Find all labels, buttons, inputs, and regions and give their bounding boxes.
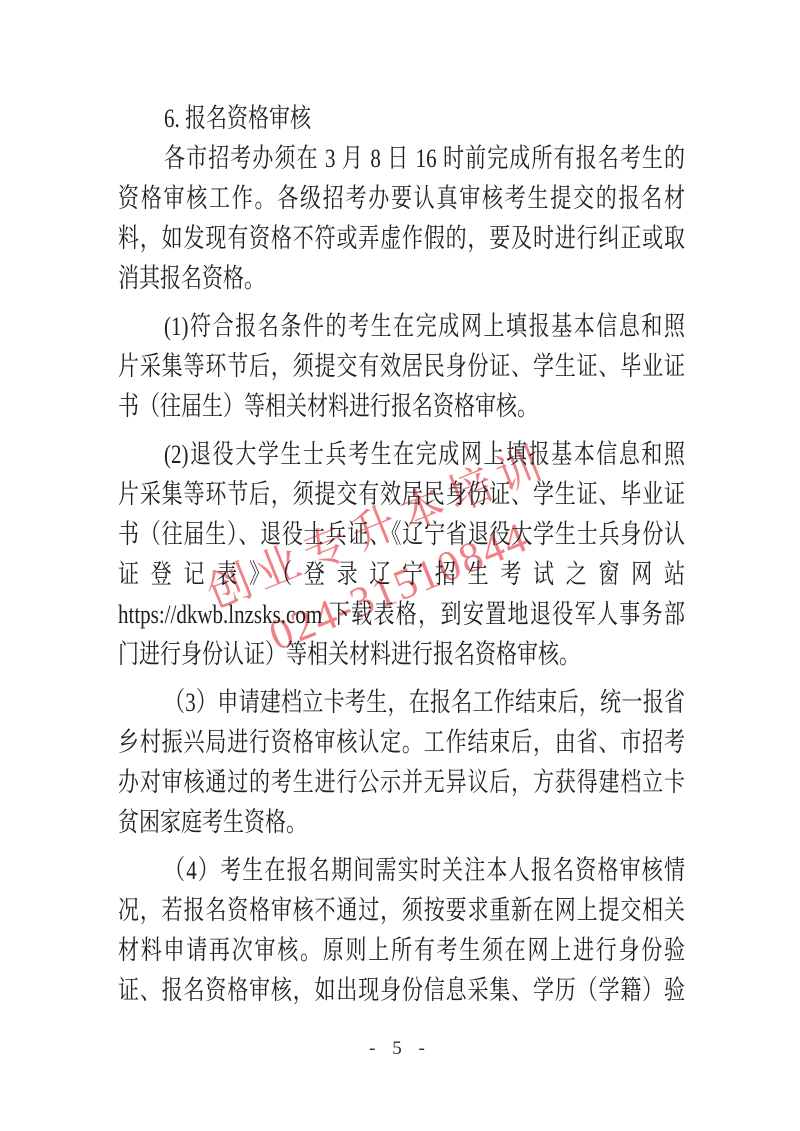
document-body: 6. 报名资格审核各市招考办须在 3 月 8 日 16 时前完成所有报名考生的资… [118,98,685,1018]
paragraph: (1)符合报名条件的考生在完成网上填报基本信息和照片采集等环节后，须提交有效居民… [118,306,685,426]
text-line: 门进行身份认证）等相关材料进行报名资格审核。 [118,628,685,679]
paragraph: （3）申请建档立卡考生，在报名工作结束后，统一报省乡村振兴局进行资格审核认定。工… [118,682,685,842]
paragraph: (2)退役大学生士兵考生在完成网上填报基本信息和照片采集等环节后，须提交有效居民… [118,434,685,674]
page-number: - 5 - [369,1038,431,1059]
text-line: 书（往届生）等相关材料进行报名资格审核。 [118,380,685,431]
page-footer: - 5 - [0,1038,800,1060]
text-line: 贫困家庭考生资格。 [118,796,685,847]
text-line: 证、报名资格审核，如出现身份信息采集、学历（学籍）验 [118,964,685,1015]
paragraph: 各市招考办须在 3 月 8 日 16 时前完成所有报名考生的资格审核工作。各级招… [118,138,685,298]
document-page: 创业专升本培训 024-31510844 6. 报名资格审核各市招考办须在 3 … [0,0,800,1131]
text-line: 消其报名资格。 [118,252,685,303]
paragraph: （4）考生在报名期间需实时关注本人报名资格审核情况，若报名资格审核不通过，须按要… [118,850,685,1010]
